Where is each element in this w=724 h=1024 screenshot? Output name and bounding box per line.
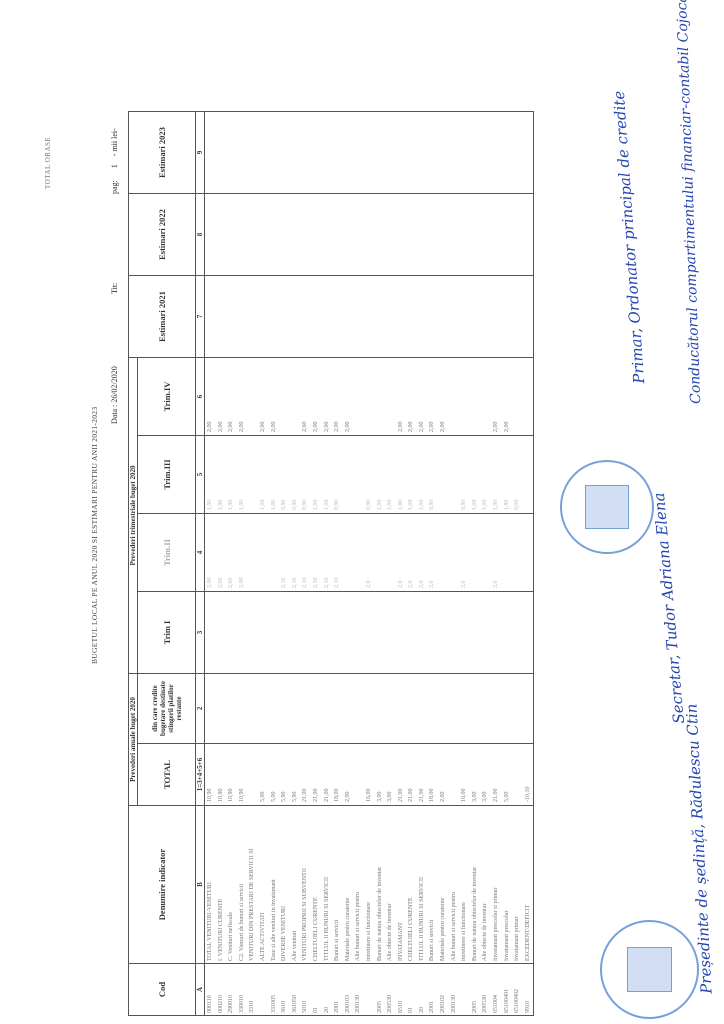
table-row: 2001Bunuri si servicii18,002,00,902,00 xyxy=(427,112,438,1016)
cell-din-care xyxy=(300,674,311,744)
cell-est2023 xyxy=(353,112,364,194)
cell-trim3: 0,90 xyxy=(364,436,375,514)
cell-est2022 xyxy=(491,194,502,276)
cell-trim2 xyxy=(480,514,491,592)
cell-cod: 651004 xyxy=(491,964,502,1016)
cell-trim4: 2,00 xyxy=(343,358,354,436)
cell-trim1 xyxy=(353,592,364,674)
cell-trim2 xyxy=(385,514,396,592)
cell-est2022 xyxy=(427,194,438,276)
document-title: BUGETUL LOCAL PE ANUL 2020 SI ESTIMARI P… xyxy=(90,407,99,664)
cell-trim3: 0,90 xyxy=(332,436,343,514)
cell-total xyxy=(353,744,364,806)
col-header-trim1: Trim I xyxy=(138,592,196,674)
cell-est2022 xyxy=(311,194,322,276)
cell-din-care xyxy=(449,674,460,744)
cell-total xyxy=(512,744,523,806)
cell-trim4: 2,00 xyxy=(491,358,502,436)
cell-cod xyxy=(364,964,375,1016)
cell-est2022 xyxy=(406,194,417,276)
cell-trim4: 2,00 xyxy=(269,358,280,436)
cell-din-care xyxy=(322,674,333,744)
cell-est2023 xyxy=(375,112,386,194)
cell-est2022 xyxy=(523,194,534,276)
cell-name: Bunuri de natura obiectelor de inventar xyxy=(375,806,386,964)
cell-est2021 xyxy=(237,276,248,358)
cell-total: 18,00 xyxy=(332,744,343,806)
cell-name: Alte bunuri si servicii pentru xyxy=(353,806,364,964)
cell-trim2 xyxy=(258,514,269,592)
cell-trim4: 2,00 xyxy=(427,358,438,436)
cell-total: 10,90 xyxy=(205,744,216,806)
cell-est2021 xyxy=(491,276,502,358)
cell-trim2 xyxy=(247,514,258,592)
cell-cod: 200130 xyxy=(449,964,460,1016)
col-header-cod: Cod xyxy=(129,964,196,1016)
cell-cod: 65100401 xyxy=(502,964,513,1016)
cell-trim1 xyxy=(322,592,333,674)
cell-total: 2,00 xyxy=(438,744,449,806)
cell-total: 5,00 xyxy=(502,744,513,806)
col-header-est2021: Estimari 2021 xyxy=(129,276,196,358)
cell-est2023 xyxy=(385,112,396,194)
cell-din-care xyxy=(375,674,386,744)
cell-trim1 xyxy=(502,592,513,674)
table-row: 200103Materiale pentru curatenie2,002,00 xyxy=(343,112,354,1016)
cell-trim4: 2,00 xyxy=(406,358,417,436)
cell-trim4: 2,00 xyxy=(438,358,449,436)
cell-trim3: 1,00 xyxy=(406,436,417,514)
col-header-din-care: din care credite bugetare destinate stin… xyxy=(138,674,196,744)
cell-trim4: 2,00 xyxy=(417,358,428,436)
table-row: intretinere si functionare16,002,00,90 xyxy=(459,112,470,1016)
cell-din-care xyxy=(470,674,481,744)
table-row: 200102Materiale pentru curatenie2,002,00 xyxy=(438,112,449,1016)
cell-est2023 xyxy=(438,112,449,194)
cell-est2023 xyxy=(523,112,534,194)
cell-trim3: 1,00 xyxy=(396,436,407,514)
cell-name: intretinere si functionare xyxy=(364,806,375,964)
col-header-total: TOTAL xyxy=(138,744,196,806)
cell-trim2: 2,0 xyxy=(406,514,417,592)
cell-trim1 xyxy=(364,592,375,674)
cell-din-care xyxy=(417,674,428,744)
cell-din-care xyxy=(226,674,237,744)
cell-total: 2,00 xyxy=(343,744,354,806)
cell-trim4 xyxy=(480,358,491,436)
cell-name: Invatamant prescolar xyxy=(502,806,513,964)
table-row: 65100402Invatamant primar0,00 xyxy=(512,112,523,1016)
cell-total: 5,90 xyxy=(290,744,301,806)
cell-cod: 65100402 xyxy=(512,964,523,1016)
cell-trim3 xyxy=(343,436,354,514)
table-row: 651004Invatamant prescolar si primar21,0… xyxy=(491,112,502,1016)
cell-name: VENITURI PROPRII SI SUBVENTII xyxy=(300,806,311,964)
cell-din-care xyxy=(258,674,269,744)
cell-trim1 xyxy=(332,592,343,674)
cell-trim4: 2,00 xyxy=(396,358,407,436)
cell-din-care xyxy=(523,674,534,744)
table-row: 200130Alte bunuri si servicii pentru xyxy=(353,112,364,1016)
col-header-est2022: Estimari 2022 xyxy=(129,194,196,276)
cell-est2021 xyxy=(449,276,460,358)
cell-est2023 xyxy=(459,112,470,194)
cell-trim2: 2,00 xyxy=(205,514,216,592)
cell-est2021 xyxy=(417,276,428,358)
cell-est2022 xyxy=(470,194,481,276)
cell-trim3: 1,90 xyxy=(216,436,227,514)
cell-trim1 xyxy=(226,592,237,674)
cell-trim3: 0,00 xyxy=(512,436,523,514)
cell-din-care xyxy=(247,674,258,744)
cell-trim2: 2,00 xyxy=(237,514,248,592)
cell-cod: 200102 xyxy=(438,964,449,1016)
cell-est2022 xyxy=(332,194,343,276)
cell-est2023 xyxy=(269,112,280,194)
cell-est2023 xyxy=(237,112,248,194)
cell-din-care xyxy=(311,674,322,744)
cell-trim1 xyxy=(427,592,438,674)
cell-trim3: 1,90 xyxy=(237,436,248,514)
cell-est2022 xyxy=(205,194,216,276)
cell-trim1 xyxy=(438,592,449,674)
cell-est2022 xyxy=(237,194,248,276)
cell-est2023 xyxy=(491,112,502,194)
cell-est2023 xyxy=(427,112,438,194)
cell-est2023 xyxy=(205,112,216,194)
cell-est2022 xyxy=(502,194,513,276)
cell-est2022 xyxy=(438,194,449,276)
cell-trim3: 1,00 xyxy=(480,436,491,514)
cell-trim4: 2,00 xyxy=(322,358,333,436)
cell-trim1 xyxy=(205,592,216,674)
cell-est2022 xyxy=(459,194,470,276)
cell-est2022 xyxy=(353,194,364,276)
cell-trim2 xyxy=(375,514,386,592)
cell-est2023 xyxy=(502,112,513,194)
table-row: 200530Alte obiecte de inventar3,001,00 xyxy=(385,112,396,1016)
cell-trim1 xyxy=(459,592,470,674)
col-header-prevederi-anuale: Prevederi anuale buget 2020 xyxy=(129,674,138,806)
cell-trim2 xyxy=(523,514,534,592)
cell-est2021 xyxy=(396,276,407,358)
cell-trim1 xyxy=(311,592,322,674)
cell-trim2: 2,0 xyxy=(427,514,438,592)
cell-trim4: 2,00 xyxy=(332,358,343,436)
cell-est2022 xyxy=(417,194,428,276)
column-index: 3 xyxy=(196,592,205,674)
table-row: 290010C. Venituri nefiscale10,902,001,90… xyxy=(226,112,237,1016)
cell-trim1 xyxy=(512,592,523,674)
cell-est2021 xyxy=(343,276,354,358)
handwritten-note-mayor: Primar, Ordonator principal de credite xyxy=(610,90,648,384)
cell-name: Materiale pentru curatenie xyxy=(438,806,449,964)
cell-name: Bunuri de natura obiectelor de inventar xyxy=(470,806,481,964)
cell-total: 5,00 xyxy=(258,744,269,806)
column-index: B xyxy=(196,806,205,964)
cell-trim2 xyxy=(353,514,364,592)
cell-cod: 000110 xyxy=(205,964,216,1016)
cell-name: C. Venituri nefiscale xyxy=(226,806,237,964)
cell-cod: 20 xyxy=(322,964,333,1016)
cell-trim4 xyxy=(279,358,290,436)
cell-trim4 xyxy=(247,358,258,436)
cell-trim1 xyxy=(480,592,491,674)
cell-est2022 xyxy=(269,194,280,276)
column-index-row: AB1=3+4+5+623456789 xyxy=(196,112,205,1016)
cell-trim4: 2,00 xyxy=(311,358,322,436)
cell-total: 21,00 xyxy=(300,744,311,806)
cell-est2021 xyxy=(279,276,290,358)
cell-est2022 xyxy=(364,194,375,276)
cell-cod: 200530 xyxy=(480,964,491,1016)
cell-est2021 xyxy=(512,276,523,358)
cell-din-care xyxy=(279,674,290,744)
cell-est2022 xyxy=(300,194,311,276)
cell-trim2 xyxy=(269,514,280,592)
cell-din-care xyxy=(343,674,354,744)
official-stamp xyxy=(560,460,654,554)
cell-est2023 xyxy=(216,112,227,194)
cell-cod: 361050 xyxy=(290,964,301,1016)
cell-din-care xyxy=(438,674,449,744)
cell-trim3 xyxy=(523,436,534,514)
cell-trim1 xyxy=(247,592,258,674)
cell-total: 21,00 xyxy=(322,744,333,806)
cell-trim4 xyxy=(290,358,301,436)
cell-trim4 xyxy=(470,358,481,436)
cell-trim3: 1,80 xyxy=(502,436,513,514)
cell-trim1 xyxy=(343,592,354,674)
cell-trim4: 2,60 xyxy=(300,358,311,436)
document-page: TOTAL ORASE BUGETUL LOCAL PE ANUL 2020 S… xyxy=(0,0,724,1024)
table-row: 2005Bunuri de natura obiectelor de inven… xyxy=(470,112,481,1016)
cell-cod: 6510 xyxy=(396,964,407,1016)
handwritten-note-accountant: Conducătorul compartimentului financiar-… xyxy=(672,0,705,404)
cell-trim1 xyxy=(375,592,386,674)
column-index: 8 xyxy=(196,194,205,276)
cell-trim2: 2,00 xyxy=(226,514,237,592)
cell-name: Bunuri si servicii xyxy=(427,806,438,964)
cell-trim3: 1,00 xyxy=(470,436,481,514)
table-row: 01CHELTUIELI CURENTE21,002,01,002,00 xyxy=(406,112,417,1016)
cell-trim4: 2,00 xyxy=(258,358,269,436)
cell-est2021 xyxy=(353,276,364,358)
cell-din-care xyxy=(491,674,502,744)
cell-est2023 xyxy=(364,112,375,194)
cell-cod: 2001 xyxy=(332,964,343,1016)
cell-name: Bunuri si servicii xyxy=(332,806,343,964)
cell-total: 5,90 xyxy=(279,744,290,806)
cell-name: Materiale pentru curatenie xyxy=(343,806,354,964)
cell-din-care xyxy=(396,674,407,744)
coat-of-arms-icon xyxy=(627,947,673,993)
cell-name: Invatamant primar xyxy=(512,806,523,964)
cell-trim3: 1,00 xyxy=(322,436,333,514)
cell-trim2: 2,10 xyxy=(332,514,343,592)
cell-est2021 xyxy=(247,276,258,358)
cell-name: intretinere si functionare xyxy=(459,806,470,964)
cell-cod: 200530 xyxy=(385,964,396,1016)
cell-din-care xyxy=(502,674,513,744)
column-index: 5 xyxy=(196,436,205,514)
page-field: pag: 1 - mii lei- xyxy=(110,128,119,194)
cell-cod: 5010 xyxy=(300,964,311,1016)
cell-trim2 xyxy=(343,514,354,592)
cell-trim4 xyxy=(385,358,396,436)
column-index: 4 xyxy=(196,514,205,592)
cell-trim3: 1,90 xyxy=(226,436,237,514)
cell-trim3: 0,90 xyxy=(290,436,301,514)
cell-trim1 xyxy=(216,592,227,674)
cell-est2021 xyxy=(311,276,322,358)
cell-trim3 xyxy=(247,436,258,514)
cell-total: 21,00 xyxy=(311,744,322,806)
cell-est2021 xyxy=(502,276,513,358)
cell-trim3: 0,90 xyxy=(279,436,290,514)
col-header-trim4: Trim.IV xyxy=(138,358,196,436)
cell-est2023 xyxy=(512,112,523,194)
cell-est2021 xyxy=(406,276,417,358)
cell-total: 18,00 xyxy=(427,744,438,806)
cell-est2021 xyxy=(205,276,216,358)
cell-est2023 xyxy=(322,112,333,194)
cell-din-care xyxy=(353,674,364,744)
table-row: 330010C2. Vanzari de bunuri si servicii1… xyxy=(237,112,248,1016)
cell-trim1 xyxy=(237,592,248,674)
cell-cod: 200103 xyxy=(343,964,354,1016)
cell-est2022 xyxy=(226,194,237,276)
cell-est2021 xyxy=(332,276,343,358)
cell-name: C2. Vanzari de bunuri si servicii xyxy=(237,806,248,964)
cell-total: 21,00 xyxy=(406,744,417,806)
table-row: 331005Taxe si alte venituri in invataman… xyxy=(269,112,280,1016)
cell-total xyxy=(449,744,460,806)
cell-cod: 330010 xyxy=(237,964,248,1016)
cell-est2021 xyxy=(258,276,269,358)
cell-est2022 xyxy=(385,194,396,276)
cell-total: 3,00 xyxy=(375,744,386,806)
cell-trim3: 0,90 xyxy=(427,436,438,514)
cell-est2021 xyxy=(269,276,280,358)
cell-trim2: 2,0 xyxy=(491,514,502,592)
cell-trim3: 1,00 xyxy=(375,436,386,514)
cell-est2023 xyxy=(290,112,301,194)
cell-din-care xyxy=(205,674,216,744)
unit-label: - mii lei- xyxy=(110,128,119,156)
cell-est2022 xyxy=(258,194,269,276)
cell-trim1 xyxy=(269,592,280,674)
date-value: 26/02/2020 xyxy=(110,366,119,402)
date-field: Data : 26/02/2020 xyxy=(110,366,119,424)
cell-din-care xyxy=(216,674,227,744)
cell-trim1 xyxy=(258,592,269,674)
cell-total: 10,90 xyxy=(216,744,227,806)
table-row: 01CHELTUIELI CURENTE21,002,101,002,00 xyxy=(311,112,322,1016)
coat-of-arms-icon xyxy=(585,485,628,528)
cell-est2022 xyxy=(279,194,290,276)
cell-trim3: 1,90 xyxy=(205,436,216,514)
cell-din-care xyxy=(290,674,301,744)
cell-trim3: 1,00 xyxy=(269,436,280,514)
cell-name: TITLUL II BUNURI SI SERVICII xyxy=(417,806,428,964)
cell-name: I. VENITURI CURENTE xyxy=(216,806,227,964)
col-header-trim3: Trim.III xyxy=(138,436,196,514)
cell-total: 16,00 xyxy=(364,744,375,806)
table-row: 200530Alte obiecte de inventar3,001,00 xyxy=(480,112,491,1016)
table-row: 6510INVATAMANT21,002,01,002,00 xyxy=(396,112,407,1016)
cell-cod: 331005 xyxy=(269,964,280,1016)
cell-total: -10,10 xyxy=(523,744,534,806)
tit-label: Tit: xyxy=(110,283,119,294)
cell-trim2: 2,0 xyxy=(364,514,375,592)
cell-cod: 200130 xyxy=(353,964,364,1016)
cell-total: 21,00 xyxy=(396,744,407,806)
cell-cod xyxy=(459,964,470,1016)
table-row: ALTE ACTIVITATI5,001,002,00 xyxy=(258,112,269,1016)
cell-trim4 xyxy=(512,358,523,436)
column-index: 6 xyxy=(196,358,205,436)
cell-total: 3,00 xyxy=(385,744,396,806)
cell-din-care xyxy=(480,674,491,744)
page-label: pag: xyxy=(110,180,119,194)
cell-cod: 000210 xyxy=(216,964,227,1016)
cell-trim2 xyxy=(502,514,513,592)
cell-est2022 xyxy=(343,194,354,276)
org-label: TOTAL ORASE xyxy=(44,137,52,189)
cell-trim2 xyxy=(449,514,460,592)
col-header-trim2: Trim.II xyxy=(138,514,196,592)
cell-total: 21,00 xyxy=(417,744,428,806)
cell-trim1 xyxy=(523,592,534,674)
cell-name: VENITURI DIN PRESTARI DE SERVICII SI xyxy=(247,806,258,964)
cell-din-care xyxy=(237,674,248,744)
table-row: 20TITLUL II BUNURI SI SERVICII21,002,01,… xyxy=(417,112,428,1016)
cell-est2023 xyxy=(449,112,460,194)
table-row: 000110TOTAL VENITURI-VENITURI10,902,001,… xyxy=(205,112,216,1016)
cell-trim4: 2,00 xyxy=(226,358,237,436)
cell-est2021 xyxy=(290,276,301,358)
cell-trim3: 0,90 xyxy=(459,436,470,514)
cell-cod: 01 xyxy=(311,964,322,1016)
table-row: 5010VENITURI PROPRII SI SUBVENTII21,002,… xyxy=(300,112,311,1016)
cell-trim4: 2,00 xyxy=(205,358,216,436)
table-row: 3310VENITURI DIN PRESTARI DE SERVICII SI xyxy=(247,112,258,1016)
cell-total: 21,00 xyxy=(491,744,502,806)
cell-trim3 xyxy=(353,436,364,514)
cell-total xyxy=(247,744,258,806)
cell-name: Alte obiecte de inventar xyxy=(480,806,491,964)
cell-cod xyxy=(258,964,269,1016)
cell-est2021 xyxy=(470,276,481,358)
cell-cod: 2001 xyxy=(427,964,438,1016)
cell-total: 3,00 xyxy=(470,744,481,806)
cell-est2021 xyxy=(364,276,375,358)
cell-est2021 xyxy=(322,276,333,358)
cell-est2021 xyxy=(385,276,396,358)
cell-cod: 9910 xyxy=(523,964,534,1016)
cell-cod: 290010 xyxy=(226,964,237,1016)
cell-name: Invatamant prescolar si primar xyxy=(491,806,502,964)
table-row: 000210I. VENITURI CURENTE10,902,001,902,… xyxy=(216,112,227,1016)
cell-est2022 xyxy=(449,194,460,276)
column-index: 7 xyxy=(196,276,205,358)
budget-table: Cod Denumire indicator Prevederi anuale … xyxy=(128,111,534,1016)
cell-trim4 xyxy=(459,358,470,436)
table-row: 200130Alte bunuri si servicii pentru xyxy=(449,112,460,1016)
cell-din-care xyxy=(385,674,396,744)
cell-cod: 2005 xyxy=(470,964,481,1016)
